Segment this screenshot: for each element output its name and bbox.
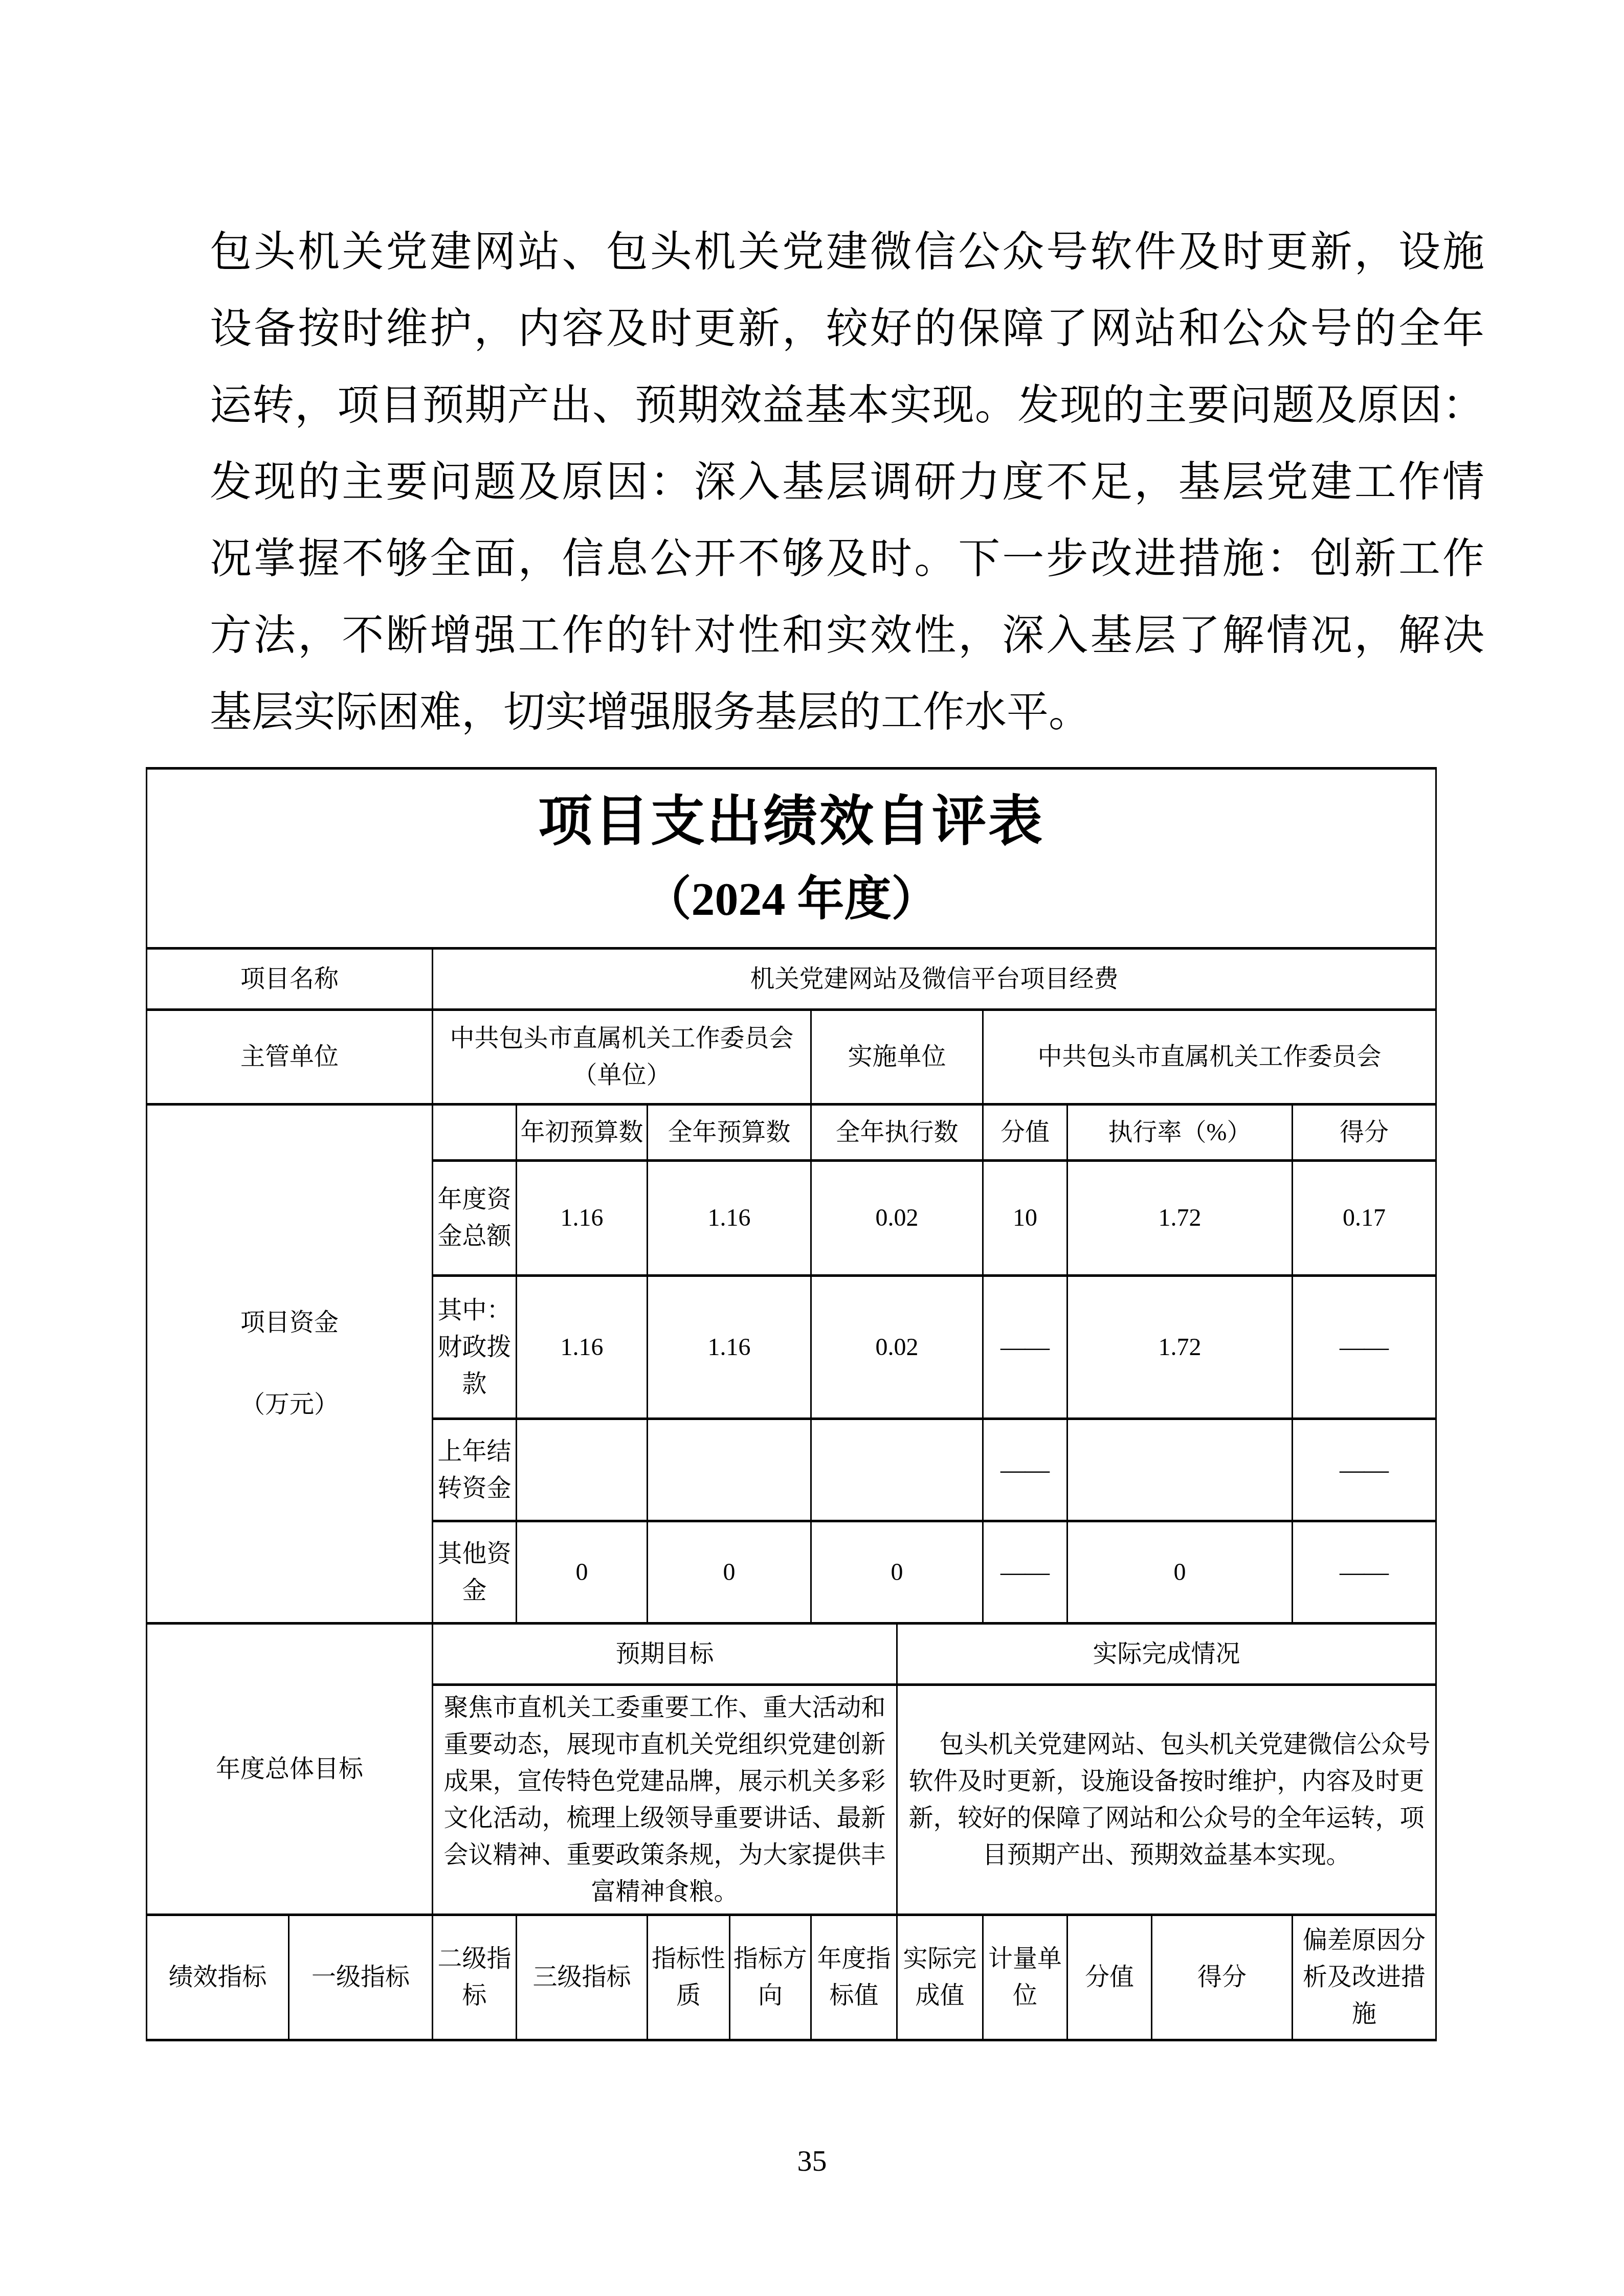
indicator-header-unit: 计量单位 bbox=[983, 1915, 1067, 2040]
funding-cell bbox=[1067, 1419, 1293, 1521]
funding-cell: 0 bbox=[811, 1521, 983, 1624]
funding-cell: 1.16 bbox=[648, 1276, 811, 1419]
funding-header-score: 得分 bbox=[1293, 1105, 1436, 1161]
indicator-header-level1: 一级指标 bbox=[289, 1915, 433, 2040]
supervisor-unit-label: 主管单位 bbox=[147, 1010, 433, 1105]
funding-row-label: 上年结转资金 bbox=[433, 1419, 517, 1521]
funding-cell: —— bbox=[983, 1419, 1067, 1521]
paragraph-line: 方法，不断增强工作的针对性和实效性，深入基层了解情况，解决 bbox=[210, 597, 1484, 674]
indicator-header-score-weight: 分值 bbox=[1067, 1915, 1152, 2040]
funding-cell: 10 bbox=[983, 1161, 1067, 1276]
funding-cell: —— bbox=[983, 1276, 1067, 1419]
document-page: 包头机关党建网站、包头机关党建微信公众号软件及时更新，设施 设备按时维护，内容及… bbox=[0, 0, 1624, 2296]
funding-cell: —— bbox=[983, 1521, 1067, 1624]
indicator-header-direction: 指标方向 bbox=[730, 1915, 811, 2040]
funding-row-label: 其中：财政拨款 bbox=[433, 1276, 517, 1419]
funding-cell: 1.16 bbox=[648, 1161, 811, 1276]
expected-goal-header: 预期目标 bbox=[433, 1624, 897, 1685]
indicator-header-level2: 二级指标 bbox=[433, 1915, 517, 2040]
expected-goal-text: 聚焦市直机关工委重要工作、重大活动和重要动态，展现市直机关党组织党建创新成果，宣… bbox=[433, 1685, 897, 1915]
funding-cell bbox=[517, 1419, 648, 1521]
funding-cell: 1.16 bbox=[517, 1276, 648, 1419]
funding-cell: —— bbox=[1293, 1276, 1436, 1419]
funding-cell: 0.02 bbox=[811, 1276, 983, 1419]
funding-cell: 0 bbox=[1067, 1521, 1293, 1624]
funding-section-label: 项目资金（万元） bbox=[147, 1105, 433, 1624]
indicator-header-actual-value: 实际完成值 bbox=[897, 1915, 983, 2040]
indicator-header-row: 绩效指标 一级指标 二级指标 三级指标 指标性质 指标方向 年度指标值 实际完成… bbox=[147, 1915, 1436, 2040]
paragraph-line: 包头机关党建网站、包头机关党建微信公众号软件及时更新，设施 bbox=[210, 214, 1484, 290]
performance-self-evaluation-table: 项目支出绩效自评表 （2024 年度） 项目名称 机关党建网站及微信平台项目经费… bbox=[146, 767, 1437, 2041]
funding-cell: 1.72 bbox=[1067, 1161, 1293, 1276]
table-title-cell: 项目支出绩效自评表 （2024 年度） bbox=[147, 769, 1436, 949]
actual-completion-text: 包头机关党建网站、包头机关党建微信公众号软件及时更新，设施设备按时维护，内容及时… bbox=[897, 1685, 1436, 1915]
indicator-header-score: 得分 bbox=[1152, 1915, 1293, 2040]
funding-cell: 1.16 bbox=[517, 1161, 648, 1276]
funding-cell: 0.17 bbox=[1293, 1161, 1436, 1276]
funding-cell: —— bbox=[1293, 1521, 1436, 1624]
indicator-header-annual-target: 年度指标值 bbox=[811, 1915, 897, 2040]
actual-completion-header: 实际完成情况 bbox=[897, 1624, 1436, 1685]
annual-goal-label: 年度总体目标 bbox=[147, 1624, 433, 1915]
implementer-unit-value: 中共包头市直属机关工作委员会 bbox=[983, 1010, 1436, 1105]
indicator-header-deviation: 偏差原因分析及改进措施 bbox=[1293, 1915, 1436, 2040]
funding-cell: 0 bbox=[517, 1521, 648, 1624]
funding-row-label: 年度资金总额 bbox=[433, 1161, 517, 1276]
page-number: 35 bbox=[0, 2144, 1624, 2178]
funding-header-score-weight: 分值 bbox=[983, 1105, 1067, 1161]
table-subtitle: （2024 年度） bbox=[644, 872, 938, 926]
paragraph-line: 况掌握不够全面，信息公开不够及时。下一步改进措施：创新工作 bbox=[210, 521, 1484, 597]
supervisor-unit-value: 中共包头市直属机关工作委员会（单位） bbox=[433, 1010, 811, 1105]
funding-cell: 1.72 bbox=[1067, 1276, 1293, 1419]
funding-corner-cell bbox=[433, 1105, 517, 1161]
funding-cell: 0.02 bbox=[811, 1161, 983, 1276]
funding-header-annual-budget: 全年预算数 bbox=[648, 1105, 811, 1161]
paragraph-line: 基层实际困难，切实增强服务基层的工作水平。 bbox=[210, 674, 1484, 751]
funding-cell bbox=[811, 1419, 983, 1521]
body-paragraph: 包头机关党建网站、包头机关党建微信公众号软件及时更新，设施 设备按时维护，内容及… bbox=[210, 214, 1484, 751]
table-title: 项目支出绩效自评表 bbox=[538, 791, 1044, 852]
funding-cell bbox=[648, 1419, 811, 1521]
funding-row-label: 其他资金 bbox=[433, 1521, 517, 1624]
funding-header-execution-rate: 执行率（%） bbox=[1067, 1105, 1293, 1161]
funding-cell: 0 bbox=[648, 1521, 811, 1624]
paragraph-line: 设备按时维护，内容及时更新，较好的保障了网站和公众号的全年 bbox=[210, 290, 1484, 367]
project-name-value: 机关党建网站及微信平台项目经费 bbox=[433, 949, 1436, 1010]
funding-header-initial-budget: 年初预算数 bbox=[517, 1105, 648, 1161]
indicator-header-performance: 绩效指标 bbox=[147, 1915, 289, 2040]
paragraph-line: 发现的主要问题及原因：深入基层调研力度不足，基层党建工作情 bbox=[210, 444, 1484, 521]
paragraph-line: 运转，项目预期产出、预期效益基本实现。发现的主要问题及原因： bbox=[210, 367, 1484, 444]
indicator-header-level3: 三级指标 bbox=[517, 1915, 648, 2040]
indicator-header-nature: 指标性质 bbox=[648, 1915, 730, 2040]
implementer-unit-label: 实施单位 bbox=[811, 1010, 983, 1105]
funding-header-annual-execution: 全年执行数 bbox=[811, 1105, 983, 1161]
project-name-label: 项目名称 bbox=[147, 949, 433, 1010]
funding-cell: —— bbox=[1293, 1419, 1436, 1521]
